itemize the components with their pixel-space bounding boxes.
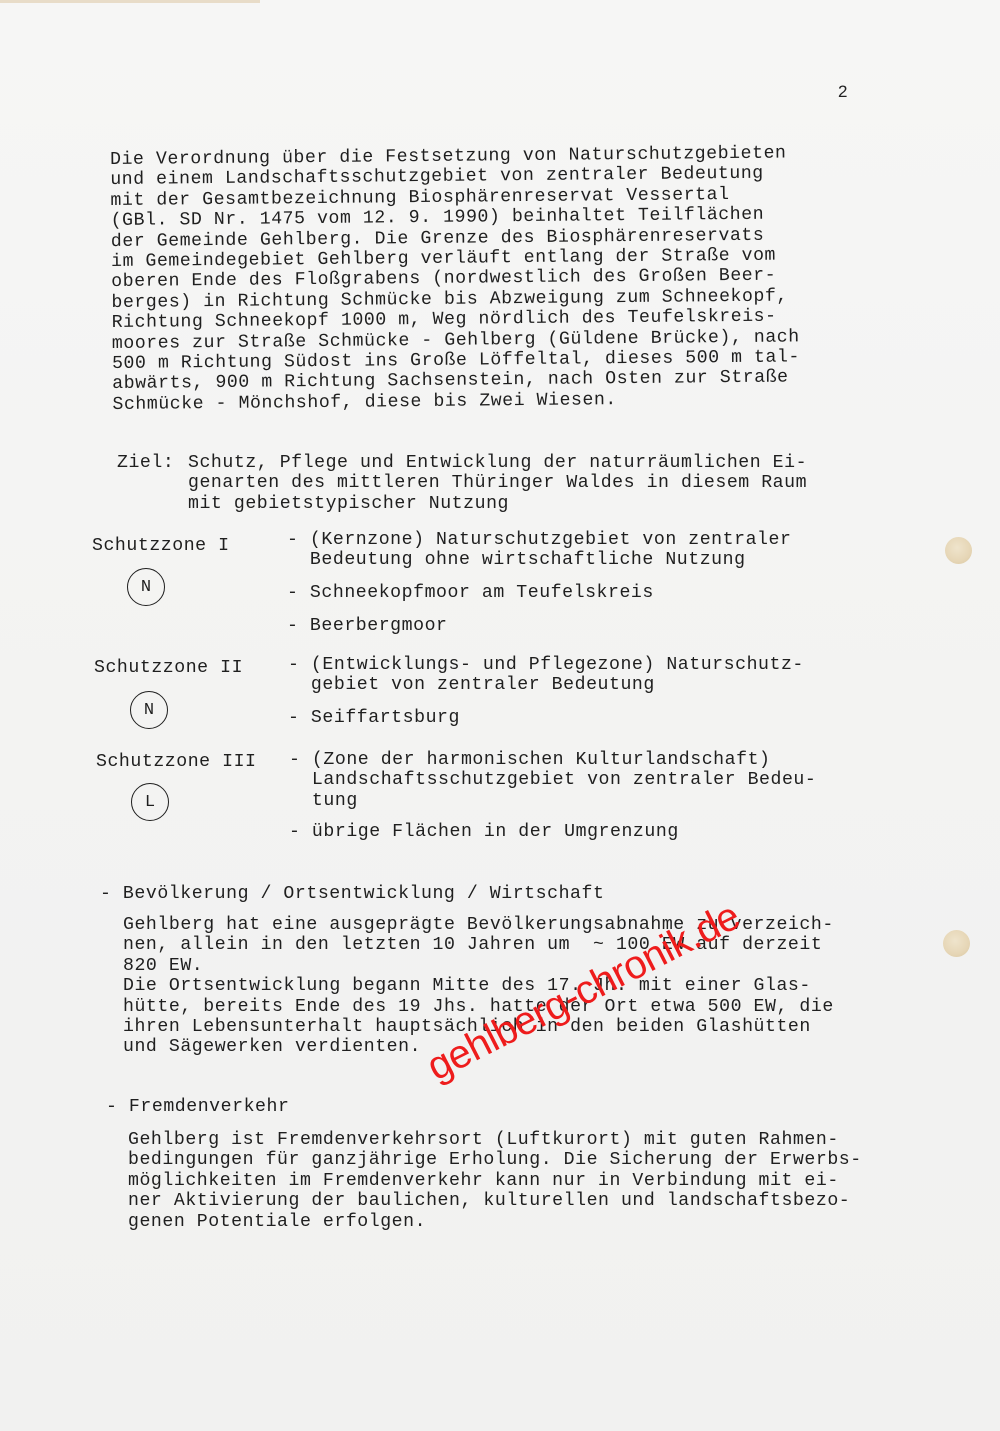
punch-hole	[945, 537, 972, 564]
paper-edge	[0, 0, 260, 3]
zone-item: - Schneekopfmoor am Teufelskreis	[287, 583, 654, 603]
zone-item: - Seiffartsburg	[288, 708, 460, 728]
section-body-tourism: Gehlberg ist Fremdenverkehrsort (Luftkur…	[128, 1130, 862, 1232]
zone-item: - (Entwicklungs- und Pflegezone) Natursc…	[288, 655, 804, 696]
zone-item: - (Zone der harmonischen Kulturlandschaf…	[289, 750, 816, 811]
nature-reserve-symbol-icon: N	[130, 691, 168, 729]
section-heading-population: - Bevölkerung / Ortsentwicklung / Wirtsc…	[100, 884, 604, 904]
landscape-reserve-symbol-icon: L	[131, 783, 169, 821]
zone-label-1: Schutzzone I	[92, 536, 230, 556]
punch-hole	[943, 930, 970, 957]
document-page: 2 Die Verordnung über die Festsetzung vo…	[0, 0, 1000, 1431]
ziel-label: Ziel:	[117, 453, 174, 473]
zone-item: - Beerbergmoor	[287, 616, 448, 636]
zone-label-3: Schutzzone III	[96, 752, 257, 772]
zone-label-2: Schutzzone II	[94, 658, 243, 678]
ziel-text: Schutz, Pflege und Entwicklung der natur…	[188, 453, 807, 514]
zone-item: - übrige Flächen in der Umgrenzung	[289, 822, 679, 842]
section-heading-tourism: - Fremdenverkehr	[106, 1097, 289, 1117]
nature-reserve-symbol-icon: N	[127, 568, 165, 606]
zone-item: - (Kernzone) Naturschutzgebiet von zentr…	[287, 530, 791, 571]
page-number: 2	[838, 82, 847, 102]
intro-paragraph: Die Verordnung über die Festsetzung von …	[110, 143, 800, 415]
